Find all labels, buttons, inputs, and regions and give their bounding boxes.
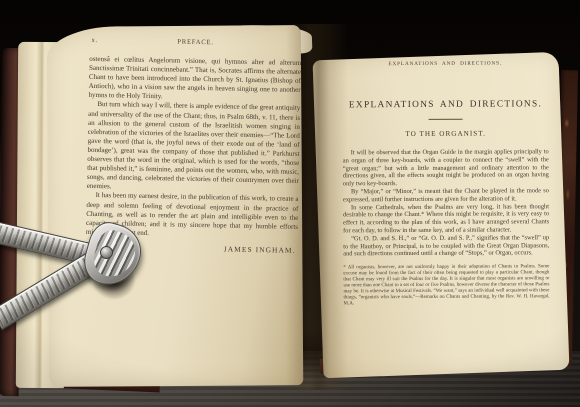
clasp-hinge-knob <box>100 246 113 259</box>
right-page: EXPLANATIONS AND DIRECTIONS. EXPLANATION… <box>313 52 570 378</box>
title-divider-rule <box>429 119 463 120</box>
explanations-paragraph: “Gt. O. D. and S. H.,” or “Gt. O. D. and… <box>343 234 549 258</box>
preface-paragraph: ostensâ ei cœlitus Angelorum visione, qu… <box>88 55 301 105</box>
clasp-hand-terminal <box>79 218 148 292</box>
explanations-paragraph: In some Cathedrals, when the Psalms are … <box>343 203 549 235</box>
explanations-body: It will be observed that the Organ Guide… <box>343 148 550 258</box>
silver-book-clasp <box>0 182 156 352</box>
section-heading-to-the-organist: TO THE ORGANIST. <box>343 129 549 138</box>
chapter-title: EXPLANATIONS AND DIRECTIONS. <box>342 99 548 110</box>
left-page-header: x. PREFACE. <box>89 37 301 52</box>
running-header-preface: PREFACE. <box>90 37 302 48</box>
havergal-footnote: * All organists, however, are not unifor… <box>343 264 549 306</box>
book-photo-scene: x. PREFACE. ostensâ ei cœlitus Angelorum… <box>0 0 580 407</box>
explanations-paragraph: It will be observed that the Organ Guide… <box>343 148 549 188</box>
running-header-explanations: EXPLANATIONS AND DIRECTIONS. <box>342 60 548 67</box>
right-page-text-block: EXPLANATIONS AND DIRECTIONS. EXPLANATION… <box>342 60 549 307</box>
explanations-paragraph: By “Major,” or “Minor,” is meant that th… <box>343 187 549 204</box>
